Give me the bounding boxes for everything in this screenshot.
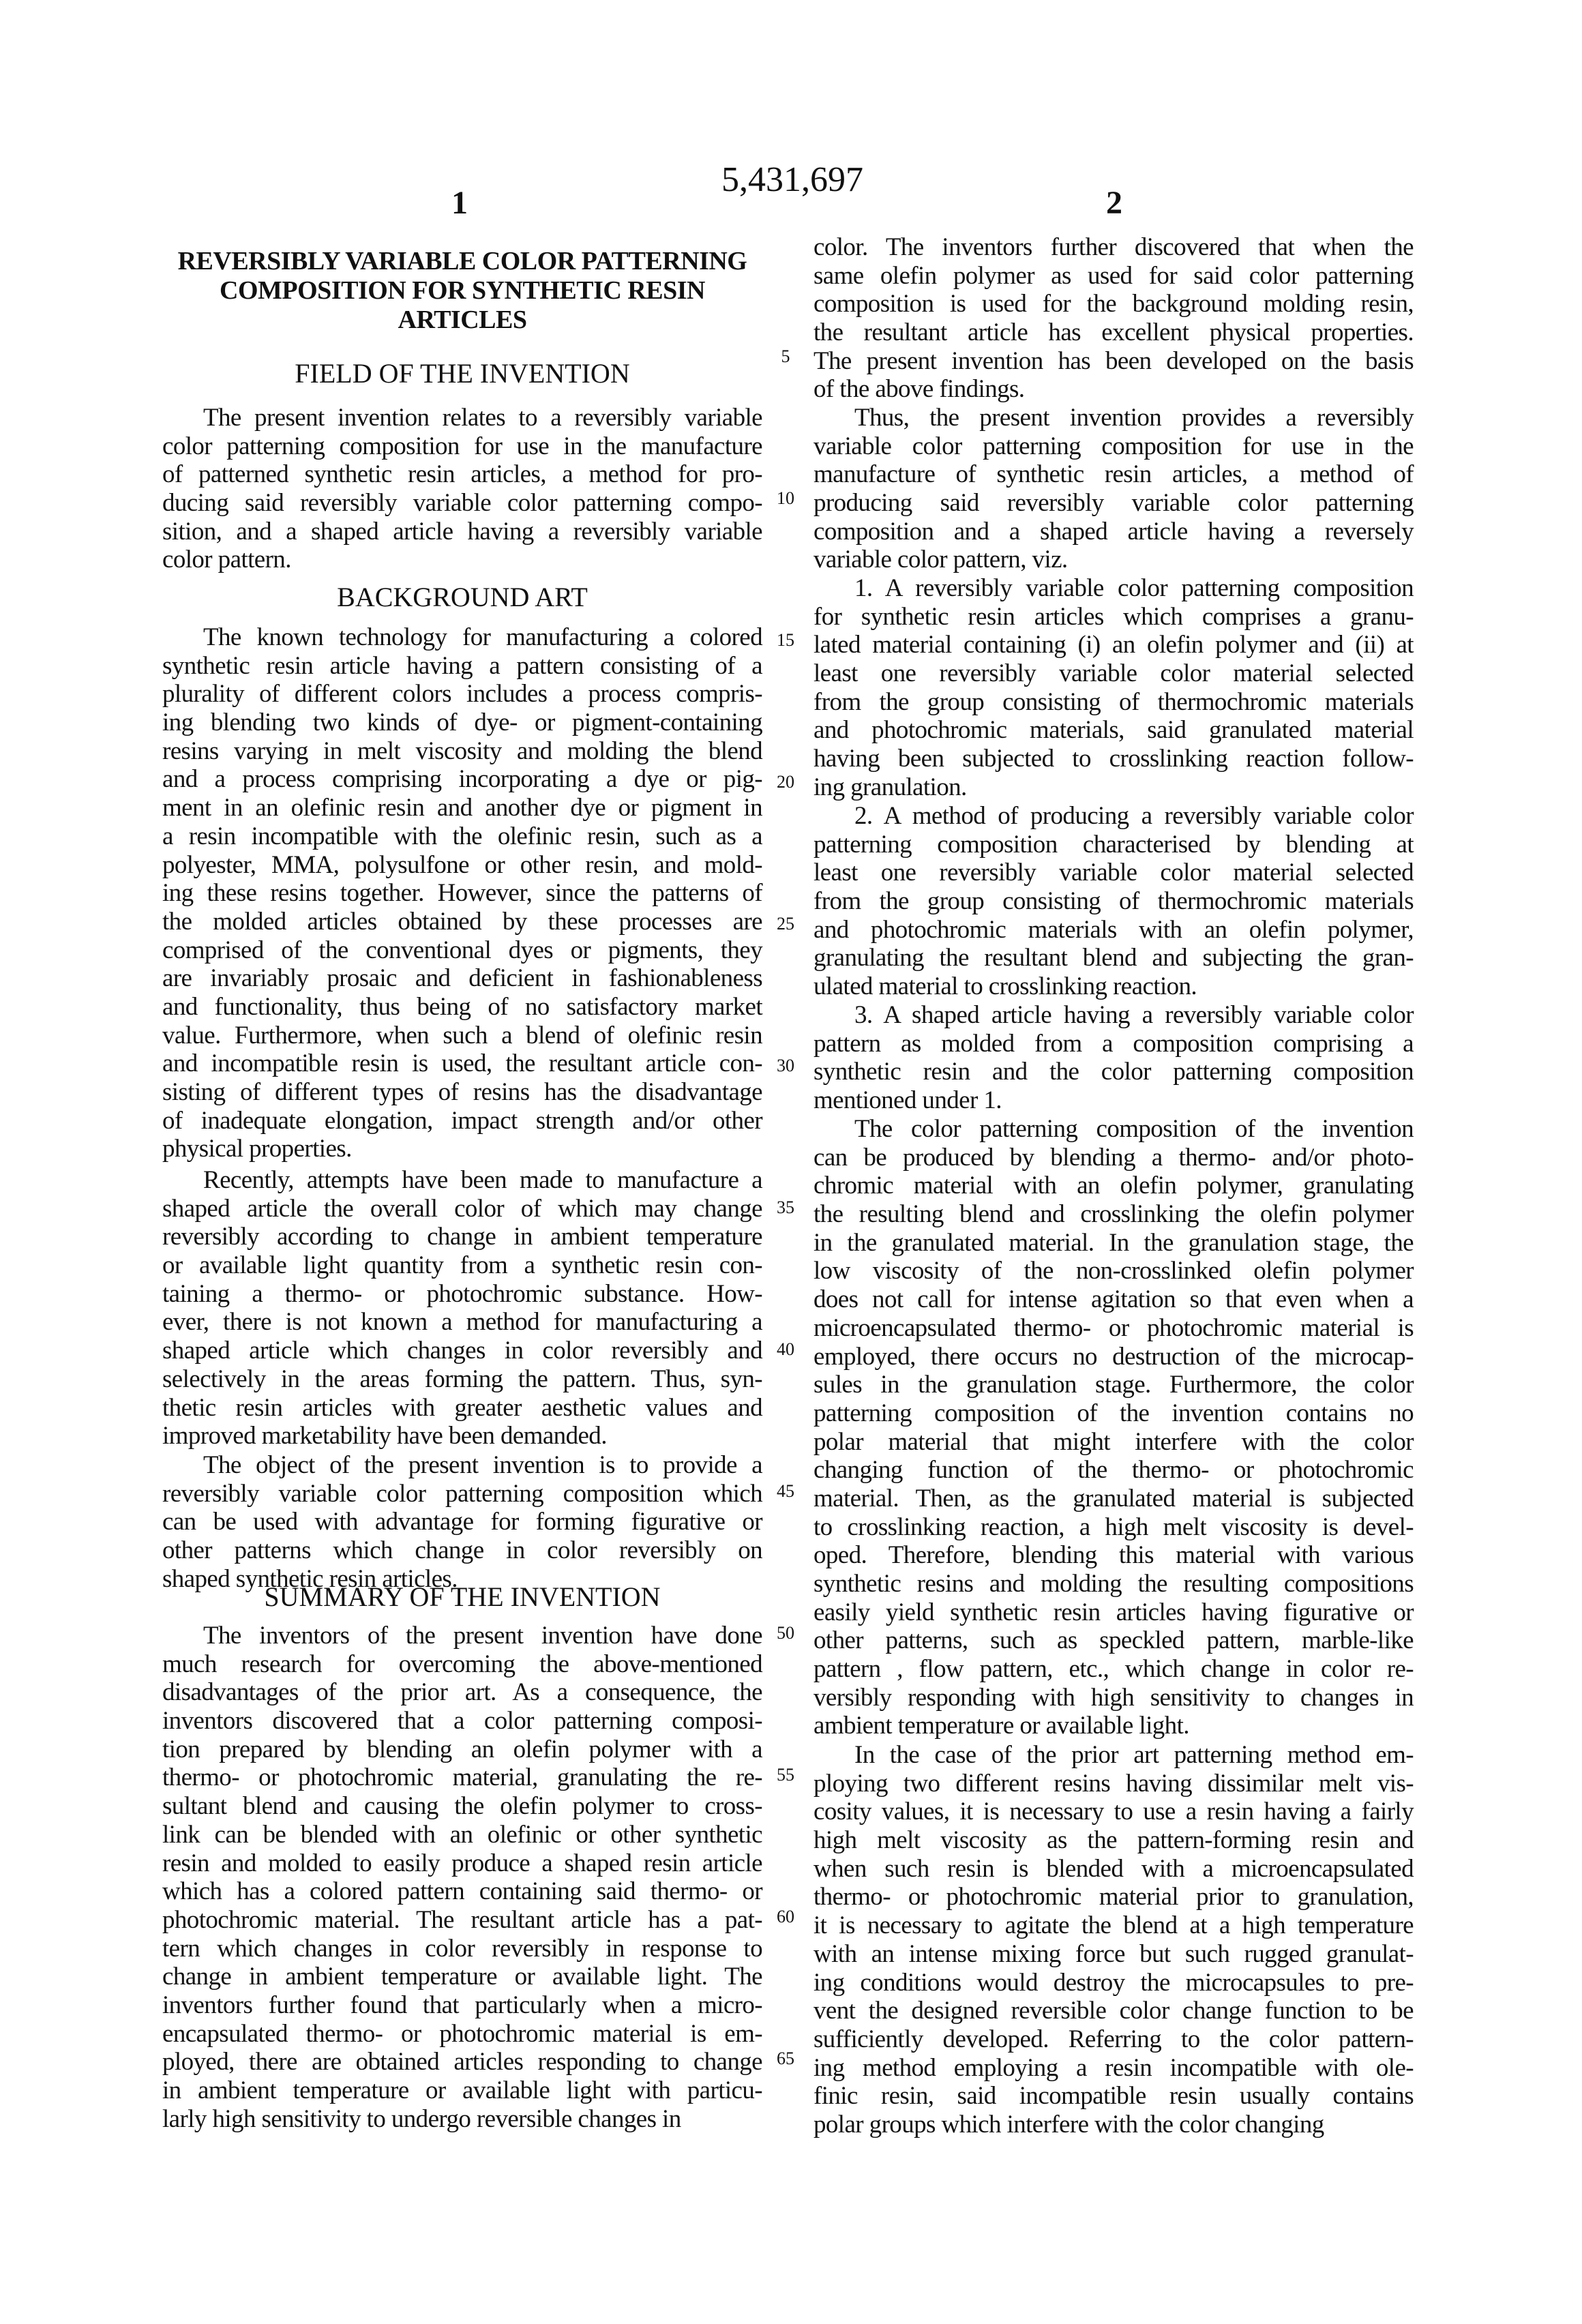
text-line: in ambient temperature or available ligh… <box>162 2076 762 2105</box>
text-line: variable color patterning composition fo… <box>814 432 1414 461</box>
text-line: Thus, the present invention provides a r… <box>814 404 1414 432</box>
continuation-paragraph: color. The inventors further discovered … <box>814 233 1414 404</box>
text-line: the resulting blend and crosslinking the… <box>814 1200 1414 1229</box>
text-line: disadvantages of the prior art. As a con… <box>162 1678 762 1707</box>
text-line: improved marketability have been demande… <box>162 1422 762 1450</box>
text-line: oped. Therefore, blending this material … <box>814 1541 1414 1570</box>
line-number: 25 <box>772 914 799 934</box>
text-line: in the granulated material. In the granu… <box>814 1229 1414 1257</box>
text-line: of patterned synthetic resin articles, a… <box>162 460 762 489</box>
text-line: much research for overcoming the above-m… <box>162 1650 762 1679</box>
text-line: The color patterning composition of the … <box>814 1115 1414 1144</box>
heading-field-of-invention: FIELD OF THE INVENTION <box>162 359 762 389</box>
text-line: low viscosity of the non-crosslinked ole… <box>814 1257 1414 1285</box>
text-line: value. Furthermore, when such a blend of… <box>162 1022 762 1050</box>
line-number: 55 <box>772 1765 799 1785</box>
text-line: link can be blended with an olefinic or … <box>162 1821 762 1849</box>
text-line: lated material containing (i) an olefin … <box>814 631 1414 659</box>
text-line: pattern , flow pattern, etc., which chan… <box>814 1655 1414 1684</box>
text-line: 1. A reversibly variable color patternin… <box>814 574 1414 603</box>
text-line: ployed, there are obtained articles resp… <box>162 2048 762 2076</box>
text-line: The known technology for manufacturing a… <box>162 623 762 652</box>
patent-title: REVERSIBLY VARIABLE COLOR PATTERNING COM… <box>162 247 762 335</box>
text-line: inventors discovered that a color patter… <box>162 1707 762 1735</box>
text-line: chromic material with an olefin polymer,… <box>814 1172 1414 1200</box>
text-line: least one reversibly variable color mate… <box>814 659 1414 688</box>
text-line: ing conditions would destroy the microca… <box>814 1969 1414 1997</box>
text-line: sules in the granulation stage. Furtherm… <box>814 1371 1414 1399</box>
text-line: The present invention has been developed… <box>814 347 1414 376</box>
text-line: sition, and a shaped article having a re… <box>162 518 762 546</box>
text-line: plurality of different colors includes a… <box>162 680 762 709</box>
text-line: comprised of the conventional dyes or pi… <box>162 936 762 965</box>
text-line: granulating the resultant blend and subj… <box>814 944 1414 972</box>
background-paragraph: Recently, attempts have been made to man… <box>162 1166 762 1450</box>
text-line: of inadequate elongation, impact strengt… <box>162 1107 762 1135</box>
text-line: producing said reversibly variable color… <box>814 489 1414 518</box>
text-line: mentioned under 1. <box>814 1086 1414 1115</box>
text-line: and a process comprising incorporating a… <box>162 765 762 794</box>
text-line: 2. A method of producing a reversibly va… <box>814 802 1414 831</box>
title-line: ARTICLES <box>162 306 762 335</box>
text-line: thermo- or photochromic material prior t… <box>814 1883 1414 1911</box>
text-line: physical properties. <box>162 1135 762 1163</box>
column-number-right: 2 <box>1106 185 1122 221</box>
text-line: cosity values, it is necessary to use a … <box>814 1798 1414 1826</box>
line-number: 45 <box>772 1481 799 1502</box>
text-line: which has a colored pattern containing s… <box>162 1877 762 1906</box>
line-number: 35 <box>772 1197 799 1218</box>
text-line: resin and molded to easily produce a sha… <box>162 1849 762 1878</box>
heading-background-art: BACKGROUND ART <box>162 582 762 612</box>
text-line: employed, there occurs no destruction of… <box>814 1343 1414 1371</box>
text-line: when such resin is blended with a microe… <box>814 1855 1414 1883</box>
claim-item-3: 3. A shaped article having a reversibly … <box>814 1001 1414 1115</box>
text-line: ploying two different resins having diss… <box>814 1770 1414 1798</box>
text-line: ment in an olefinic resin and another dy… <box>162 794 762 822</box>
line-number: 60 <box>772 1907 799 1927</box>
text-line: inventors further found that particularl… <box>162 1991 762 2020</box>
text-line: are invariably prosaic and deficient in … <box>162 964 762 993</box>
text-line: and photochromic materials, said granula… <box>814 716 1414 745</box>
text-line: the molded articles obtained by these pr… <box>162 908 762 936</box>
text-line: ing granulation. <box>814 773 1414 802</box>
text-line: synthetic resin article having a pattern… <box>162 652 762 681</box>
text-line: reversibly variable color patterning com… <box>162 1480 762 1508</box>
line-number: 20 <box>772 772 799 792</box>
text-line: material. Then, as the granulated materi… <box>814 1485 1414 1513</box>
text-line: sisting of different types of resins has… <box>162 1078 762 1107</box>
text-line: shaped article which changes in color re… <box>162 1337 762 1365</box>
text-line: of the above findings. <box>814 375 1414 404</box>
text-line: least one reversibly variable color mate… <box>814 859 1414 887</box>
text-line: color pattern. <box>162 546 762 574</box>
claim-item-1: 1. A reversibly variable color patternin… <box>814 574 1414 802</box>
text-line: taining a thermo- or photochromic substa… <box>162 1280 762 1309</box>
text-line: variable color pattern, viz. <box>814 546 1414 574</box>
line-number: 10 <box>772 488 799 509</box>
text-line: polar groups which interfere with the co… <box>814 2111 1414 2139</box>
text-line: pattern as molded from a composition com… <box>814 1030 1414 1058</box>
text-line: sufficiently developed. Referring to the… <box>814 2025 1414 2054</box>
text-line: other patterns which change in color rev… <box>162 1536 762 1565</box>
text-line: finic resin, said incompatible resin usu… <box>814 2082 1414 2111</box>
text-line: does not call for intense agitation so t… <box>814 1285 1414 1314</box>
column-number-left: 1 <box>451 185 468 221</box>
text-line: same olefin polymer as used for said col… <box>814 262 1414 290</box>
text-line: it is necessary to agitate the blend at … <box>814 1911 1414 1940</box>
text-line: synthetic resins and molding the resulti… <box>814 1570 1414 1598</box>
prior-art-paragraph: In the case of the prior art patterning … <box>814 1741 1414 2139</box>
background-paragraph: The known technology for manufacturing a… <box>162 623 762 1163</box>
text-line: tion prepared by blending an olefin poly… <box>162 1735 762 1764</box>
summary-paragraph: The inventors of the present invention h… <box>162 1622 762 2133</box>
text-line: The object of the present invention is t… <box>162 1451 762 1480</box>
line-number: 5 <box>772 346 799 367</box>
text-line: selectively in the areas forming the pat… <box>162 1365 762 1394</box>
text-line: high melt viscosity as the pattern-formi… <box>814 1826 1414 1855</box>
text-line: change in ambient temperature or availab… <box>162 1963 762 1991</box>
text-line: patterning composition of the invention … <box>814 1399 1414 1428</box>
text-line: ambient temperature or available light. <box>814 1712 1414 1740</box>
text-line: ing blending two kinds of dye- or pigmen… <box>162 709 762 737</box>
text-line: versibly responding with high sensitivit… <box>814 1684 1414 1712</box>
text-line: In the case of the prior art patterning … <box>814 1741 1414 1770</box>
text-line: to crosslinking reaction, a high melt vi… <box>814 1513 1414 1542</box>
text-line: sultant blend and causing the olefin pol… <box>162 1792 762 1821</box>
text-line: for synthetic resin articles which compr… <box>814 603 1414 631</box>
text-line: polar material that might interfere with… <box>814 1428 1414 1457</box>
text-line: tern which changes in color reversibly i… <box>162 1935 762 1963</box>
text-line: having been subjected to crosslinking re… <box>814 745 1414 773</box>
claim-item-2: 2. A method of producing a reversibly va… <box>814 802 1414 1001</box>
text-line: shaped article the overall color of whic… <box>162 1195 762 1223</box>
text-line: from the group consisting of thermochrom… <box>814 887 1414 916</box>
object-paragraph: The object of the present invention is t… <box>162 1451 762 1593</box>
text-line: photochromic material. The resultant art… <box>162 1906 762 1935</box>
thus-paragraph: Thus, the present invention provides a r… <box>814 404 1414 574</box>
line-number: 30 <box>772 1056 799 1076</box>
text-line: and incompatible resin is used, the resu… <box>162 1049 762 1078</box>
text-line: a resin incompatible with the olefinic r… <box>162 822 762 851</box>
text-line: The inventors of the present invention h… <box>162 1622 762 1650</box>
text-line: patterning composition characterised by … <box>814 831 1414 859</box>
text-line: larly high sensitivity to undergo revers… <box>162 2105 762 2134</box>
text-line: thetic resin articles with greater aesth… <box>162 1394 762 1422</box>
field-paragraph: The present invention relates to a rever… <box>162 404 762 574</box>
text-line: other patterns, such as speckled pattern… <box>814 1626 1414 1655</box>
text-line: shaped synthetic resin articles. <box>162 1565 762 1594</box>
text-line: polyester, MMA, polysulfone or other res… <box>162 851 762 880</box>
text-line: can be used with advantage for forming f… <box>162 1508 762 1536</box>
text-line: synthetic resin and the color patterning… <box>814 1058 1414 1086</box>
text-line: can be produced by blending a thermo- an… <box>814 1144 1414 1172</box>
line-number: 40 <box>772 1339 799 1360</box>
text-line: color. The inventors further discovered … <box>814 233 1414 262</box>
text-line: and functionality, thus being of no sati… <box>162 993 762 1022</box>
text-line: ing these resins together. However, sinc… <box>162 879 762 908</box>
text-line: changing function of the thermo- or phot… <box>814 1456 1414 1485</box>
text-line: manufacture of synthetic resin articles,… <box>814 460 1414 489</box>
text-line: ulated material to crosslinking reaction… <box>814 972 1414 1001</box>
text-line: microencapsulated thermo- or photochromi… <box>814 1314 1414 1343</box>
title-line: COMPOSITION FOR SYNTHETIC RESIN <box>162 276 762 306</box>
text-line: The present invention relates to a rever… <box>162 404 762 432</box>
text-line: resins varying in melt viscosity and mol… <box>162 737 762 766</box>
text-line: composition and a shaped article having … <box>814 518 1414 546</box>
text-line: encapsulated thermo- or photochromic mat… <box>162 2020 762 2049</box>
text-line: ducing said reversibly variable color pa… <box>162 489 762 518</box>
text-line: from the group consisting of thermochrom… <box>814 688 1414 717</box>
title-line: REVERSIBLY VARIABLE COLOR PATTERNING <box>162 247 762 276</box>
text-line: color patterning composition for use in … <box>162 432 762 461</box>
text-line: 3. A shaped article having a reversibly … <box>814 1001 1414 1030</box>
text-line: thermo- or photochromic material, granul… <box>162 1763 762 1792</box>
patent-number: 5,431,697 <box>721 161 863 199</box>
text-line: ing method employing a resin incompatibl… <box>814 2054 1414 2083</box>
text-line: with an intense mixing force but such ru… <box>814 1940 1414 1969</box>
text-line: ever, there is not known a method for ma… <box>162 1308 762 1337</box>
text-line: the resultant article has excellent phys… <box>814 318 1414 347</box>
text-line: or available light quantity from a synth… <box>162 1251 762 1280</box>
text-line: composition is used for the background m… <box>814 290 1414 318</box>
line-number: 50 <box>772 1623 799 1643</box>
text-line: Recently, attempts have been made to man… <box>162 1166 762 1195</box>
production-paragraph: The color patterning composition of the … <box>814 1115 1414 1740</box>
line-number: 15 <box>772 630 799 651</box>
text-line: easily yield synthetic resin articles ha… <box>814 1598 1414 1627</box>
text-line: vent the designed reversible color chang… <box>814 1997 1414 2025</box>
text-line: and photochromic materials with an olefi… <box>814 916 1414 944</box>
line-number: 65 <box>772 2049 799 2069</box>
text-line: reversibly according to change in ambien… <box>162 1223 762 1251</box>
